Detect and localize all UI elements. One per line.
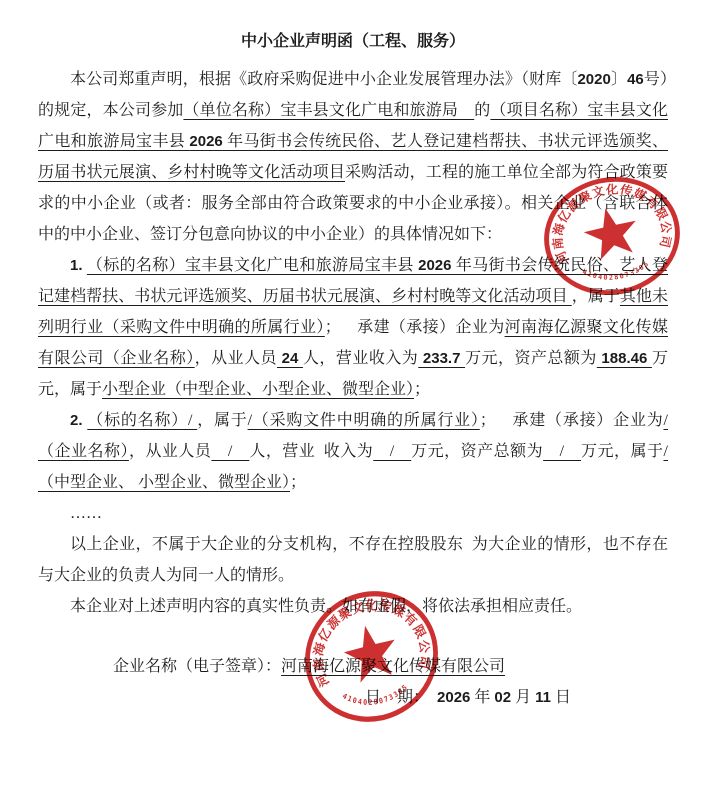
- responsibility-text: 本企业对上述声明内容的真实性负责。如有虚假，将依法承担相应责任。: [70, 598, 582, 615]
- assets-blank: /: [543, 443, 581, 460]
- connector-text: ，属于: [572, 288, 620, 305]
- subject-year: 2026: [418, 257, 451, 274]
- employee-count-blank: /: [211, 443, 249, 460]
- intro-text: 本公司郑重声明，根据《政府采购促进中小企业发展管理办法》（财库〔: [70, 71, 577, 88]
- ellipsis-text: ……: [70, 505, 102, 522]
- revenue-value: 233.7: [418, 350, 465, 367]
- date-row: 日 期： 2026 年 02 月 11 日: [38, 682, 668, 713]
- signature-company-name: 河南海亿源聚文化传媒有限公司: [281, 658, 505, 675]
- subject-name-field: （标的名称）宝丰县文化广电和旅游局宝丰县: [87, 257, 418, 274]
- revenue-blank: /: [373, 443, 411, 460]
- document-body: 本公司郑重声明，根据《政府采购促进中小企业发展管理办法》（财库〔2020〕46号…: [38, 64, 668, 622]
- date-year: 2026: [437, 689, 470, 706]
- connector-text: 的: [474, 102, 490, 119]
- purchaser-name-field: （单位名称）宝丰县文化广电和旅游局: [183, 102, 474, 119]
- connector-text: 万元，资产总额为: [411, 443, 543, 460]
- date-unit: 月: [511, 689, 535, 706]
- punctuation: ；: [414, 381, 430, 398]
- item-number: 2.: [70, 412, 83, 429]
- subject-name-field-blank: （标的名称）/: [87, 412, 197, 429]
- responsibility-paragraph: 本企业对上述声明内容的真实性负责。如有虚假，将依法承担相应责任。: [38, 591, 668, 622]
- date-unit: 日: [551, 689, 571, 706]
- assets-value: 188.46: [597, 350, 652, 367]
- connector-text: 人，营业 收入为: [249, 443, 373, 460]
- declaration-text: 以上企业，不属于大企业的分支机构，不存在控股股东 为大企业的情形，也不存在与大企…: [38, 536, 668, 584]
- connector-text: 人，营业收入为: [303, 350, 418, 367]
- item-2-paragraph: 2. （标的名称）/ ，属于/（采购文件中明确的所属行业）； 承建（承接）企业为…: [38, 405, 668, 498]
- enterprise-type-value: 小型企业（中型企业、小型企业、微型企业）: [102, 381, 414, 398]
- bracket: 〕: [611, 71, 627, 88]
- intro-paragraph: 本公司郑重声明，根据《政府采购促进中小企业发展管理办法》（财库〔2020〕46号…: [38, 64, 668, 250]
- ellipsis-paragraph: ……: [38, 498, 668, 529]
- regulation-number: 46: [627, 71, 644, 88]
- item-1-paragraph: 1. （标的名称）宝丰县文化广电和旅游局宝丰县 2026 年马街书会传统民俗、艺…: [38, 250, 668, 405]
- industry-field-blank: /（采购文件中明确的所属行业）: [248, 412, 480, 429]
- connector-text: 万元，资产总额为: [465, 350, 597, 367]
- connector-text: 万元，属于: [581, 443, 663, 460]
- punctuation: ；: [290, 474, 306, 491]
- project-year: 2026: [189, 133, 222, 150]
- connector-text: ，属于: [197, 412, 247, 429]
- no-affiliation-paragraph: 以上企业，不属于大企业的分支机构，不存在控股股东 为大企业的情形，也不存在与大企…: [38, 529, 668, 591]
- date-month: 02: [494, 689, 511, 706]
- signature-row: 企业名称（电子签章）：河南海亿源聚文化传媒有限公司: [38, 651, 668, 682]
- connector-text: ； 承建（承接）企业为: [480, 412, 664, 429]
- regulation-year: 2020: [577, 71, 610, 88]
- signature-label: 企业名称（电子签章）：: [113, 658, 281, 675]
- date-unit: 年: [470, 689, 494, 706]
- item-number: 1.: [70, 257, 83, 274]
- document-title: 中小企业声明函（工程、服务）: [38, 30, 668, 54]
- date-label: 日 期：: [365, 689, 437, 706]
- connector-text: ，从业人员: [195, 350, 277, 367]
- employee-count-value: 24: [277, 350, 303, 367]
- declaration-document-page: 中小企业声明函（工程、服务） 本公司郑重声明，根据《政府采购促进中小企业发展管理…: [0, 0, 704, 802]
- connector-text: ，从业人员: [129, 443, 211, 460]
- connector-text: ； 承建（承接）企业为: [325, 319, 505, 336]
- date-day: 11: [535, 689, 551, 706]
